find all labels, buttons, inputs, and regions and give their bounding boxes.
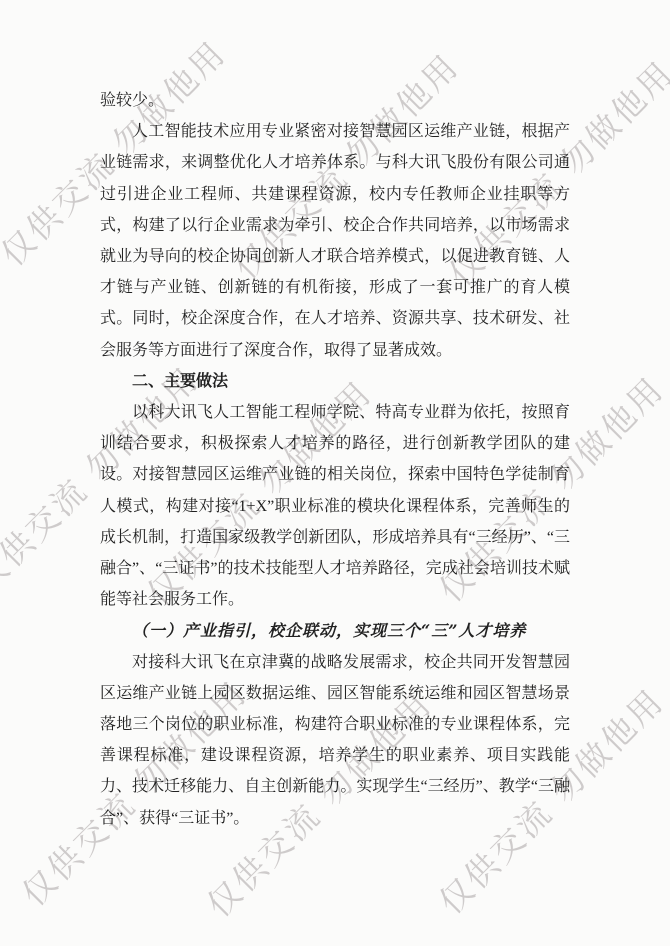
paragraph-3: 对接科大讯飞在京津冀的战略发展需求，校企共同开发智慧园区运维产业链上园区数据运维… [100,647,570,834]
document-page: 仅供交流 勿做他用仅供交流 勿做他用仅供交流 勿做他用仅供交流 勿做他用仅供交流… [0,0,670,946]
paragraph-opening-fragment: 验较少。 [100,85,570,116]
section-heading: 二、主要做法 [100,366,570,397]
paragraph-1: 人工智能技术应用专业紧密对接智慧园区运维产业链，根据产业链需求，来调整优化人才培… [100,116,570,366]
document-body: 验较少。 人工智能技术应用专业紧密对接智慧园区运维产业链，根据产业链需求，来调整… [100,85,570,834]
subsection-heading: （一）产业指引，校企联动，实现三个“三”人才培养 [100,615,570,646]
paragraph-2: 以科大讯飞人工智能工程师学院、特高专业群为依托，按照育训结合要求，积极探索人才培… [100,397,570,615]
